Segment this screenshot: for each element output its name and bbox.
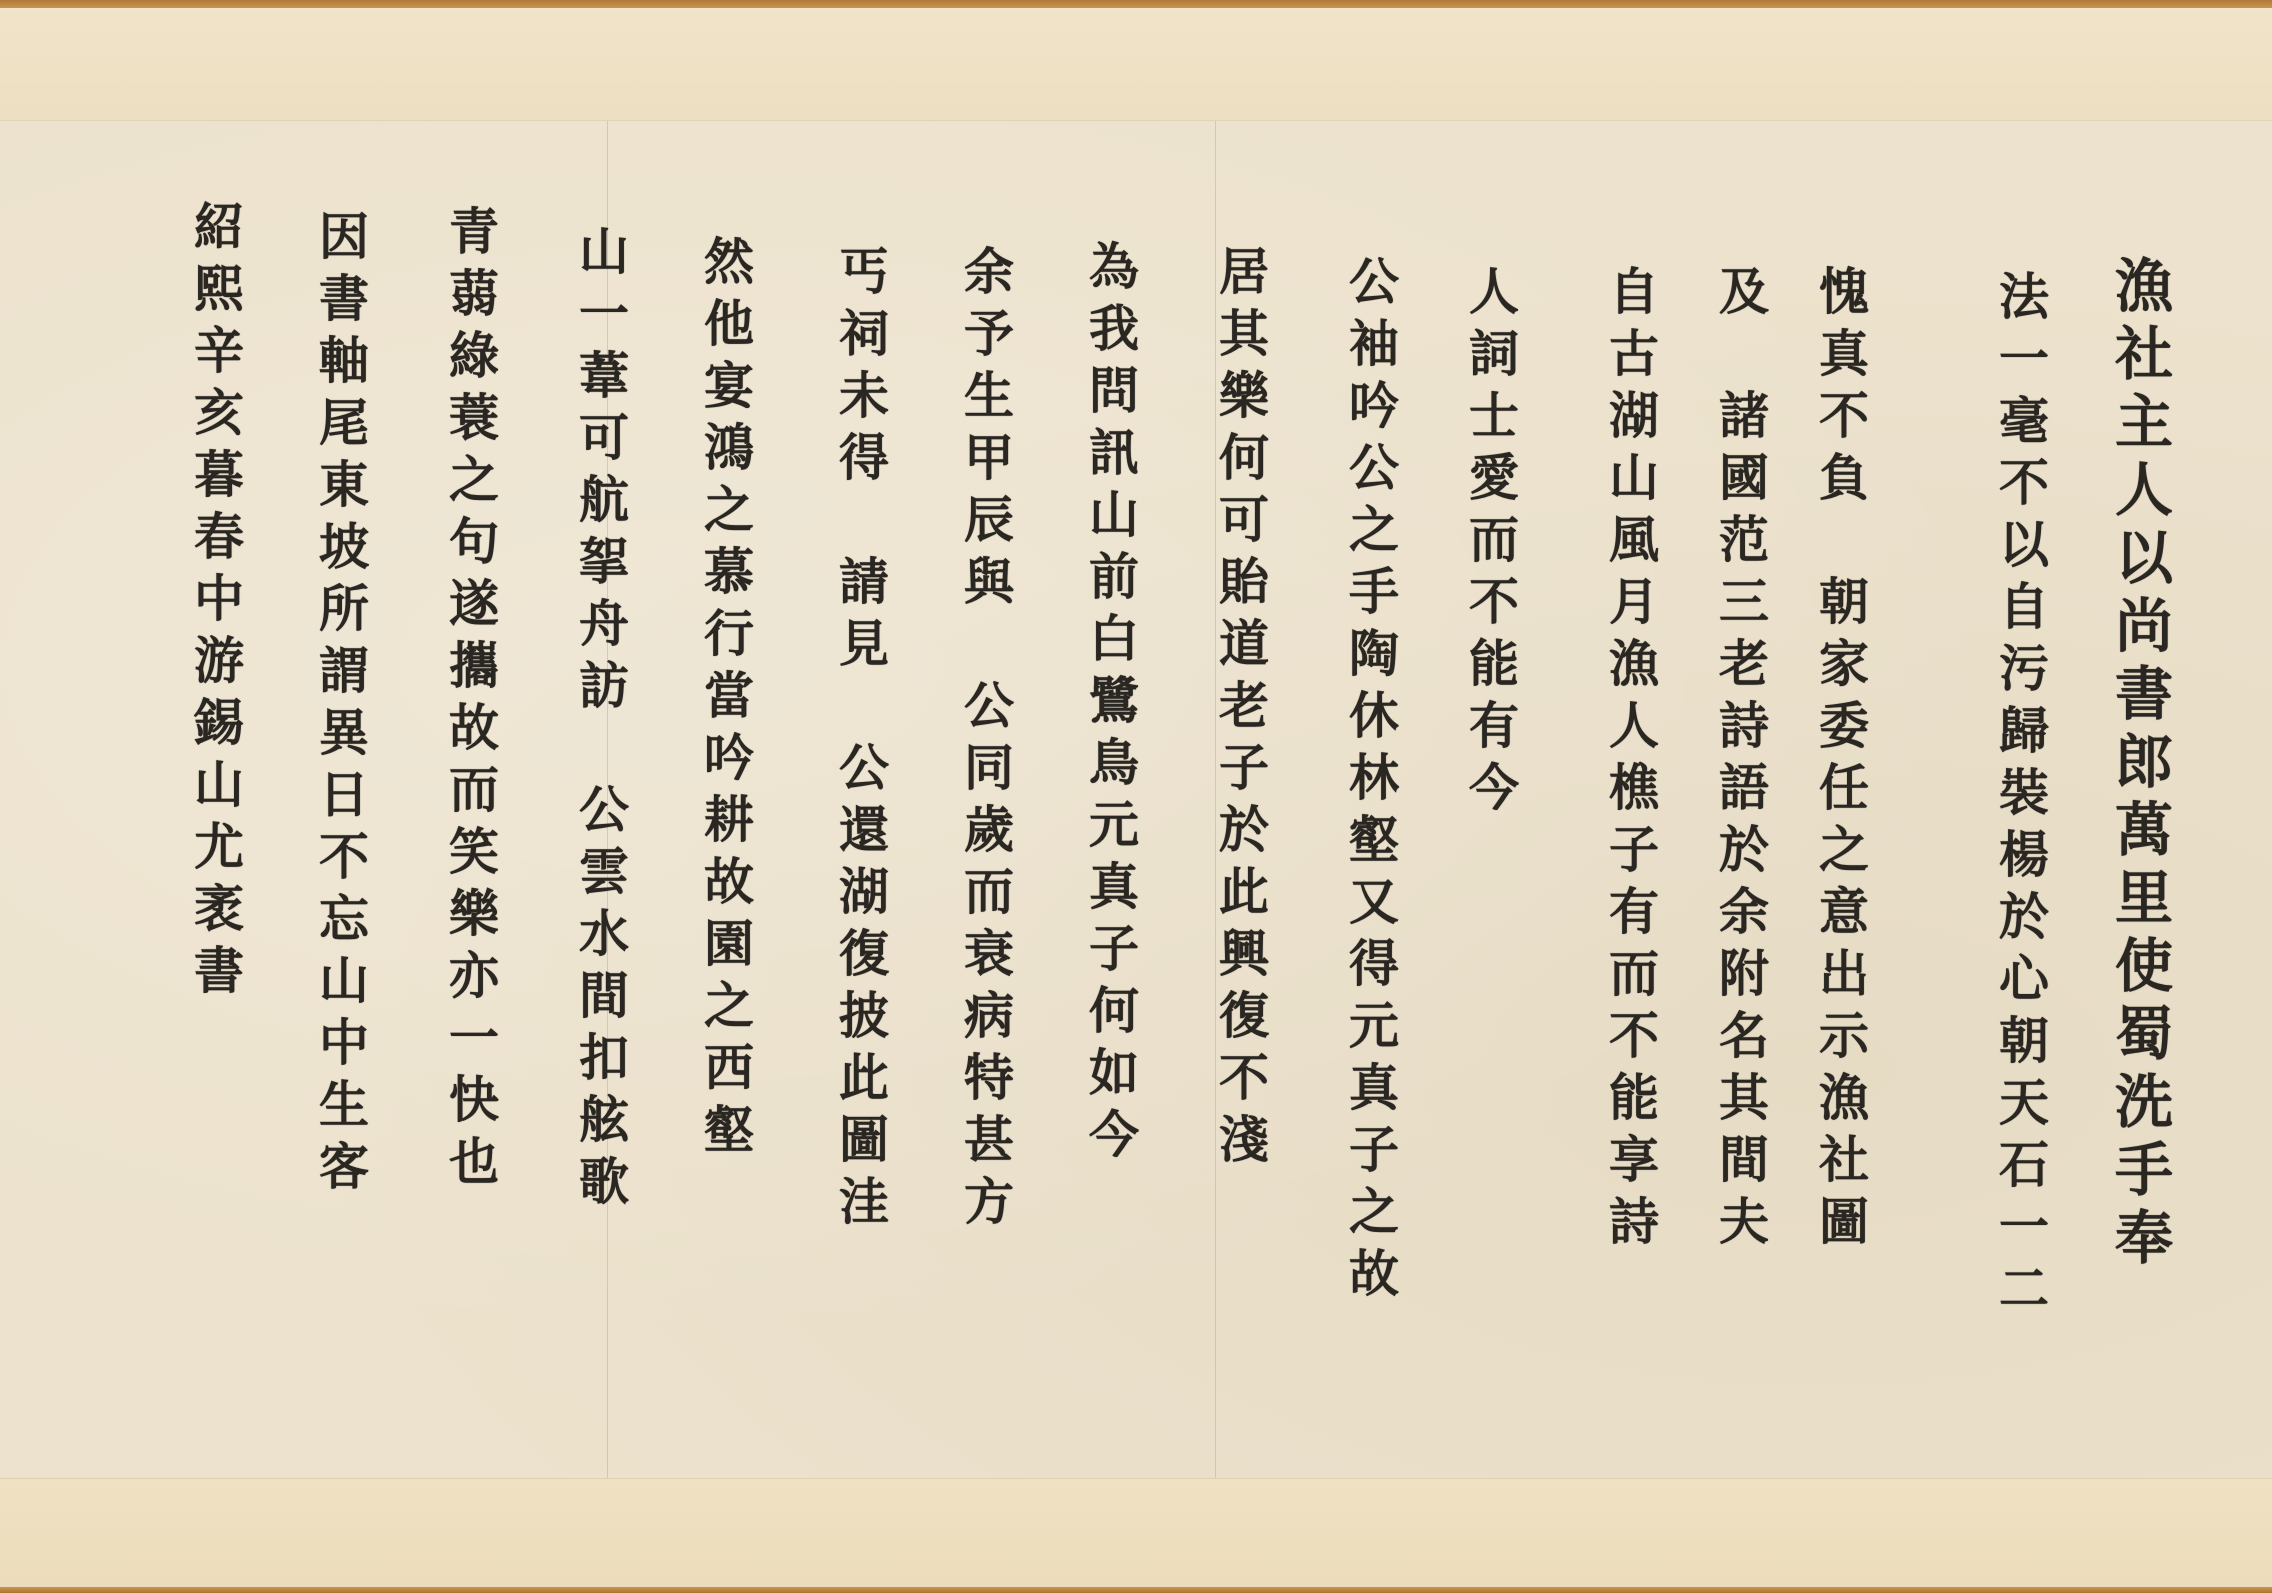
- column-9: 為我問訊山前白鷺鳥元真子何如今: [1085, 240, 1135, 1170]
- column-12: 然他宴鴻之慕行當吟耕故園之西壑: [700, 235, 750, 1165]
- column-8: 居其樂何可貽道老子於此興復不淺: [1215, 245, 1265, 1175]
- mount-bottom-edge: [0, 1587, 2272, 1593]
- upper-paper-band: [0, 8, 2272, 121]
- column-10: 余予生甲辰與 公同歲而衰病特甚方: [960, 245, 1010, 1237]
- handscroll: 漁社主人以尚書郎萬里使蜀洗手奉 法一毫不以自污歸裝楊於心朝天石一二 愧真不負 朝…: [0, 0, 2272, 1593]
- column-7: 公袖吟公之手陶休林壑又得元真子之故: [1345, 255, 1395, 1309]
- column-5: 自古湖山風月漁人樵子有而不能享詩: [1605, 265, 1655, 1257]
- mount-top-edge: [0, 0, 2272, 8]
- column-13: 山一葦可航挐舟訪 公雲水間扣舷歌: [575, 225, 625, 1217]
- column-6: 人詞士愛而不能有今: [1465, 265, 1515, 823]
- column-14: 青蒻綠蓑之句遂攜故而笑樂亦一快也: [445, 205, 495, 1197]
- column-15: 因書軸尾東坡所謂異日不忘山中生客: [315, 210, 365, 1202]
- column-4: 及 諸國范三老詩語於余附名其間夫: [1715, 265, 1765, 1257]
- column-3: 愧真不負 朝家委任之意出示漁社圖: [1815, 265, 1865, 1257]
- column-11: 丐祠未得 請見 公還湖復披此圖洼: [835, 245, 885, 1237]
- column-2: 法一毫不以自污歸裝楊於心朝天石一二: [1995, 270, 2045, 1324]
- column-1: 漁社主人以尚書郎萬里使蜀洗手奉: [2110, 255, 2168, 1275]
- column-16: 紹熙辛亥暮春中游錫山尤袤書: [190, 200, 240, 1006]
- lower-paper-band: [0, 1478, 2272, 1587]
